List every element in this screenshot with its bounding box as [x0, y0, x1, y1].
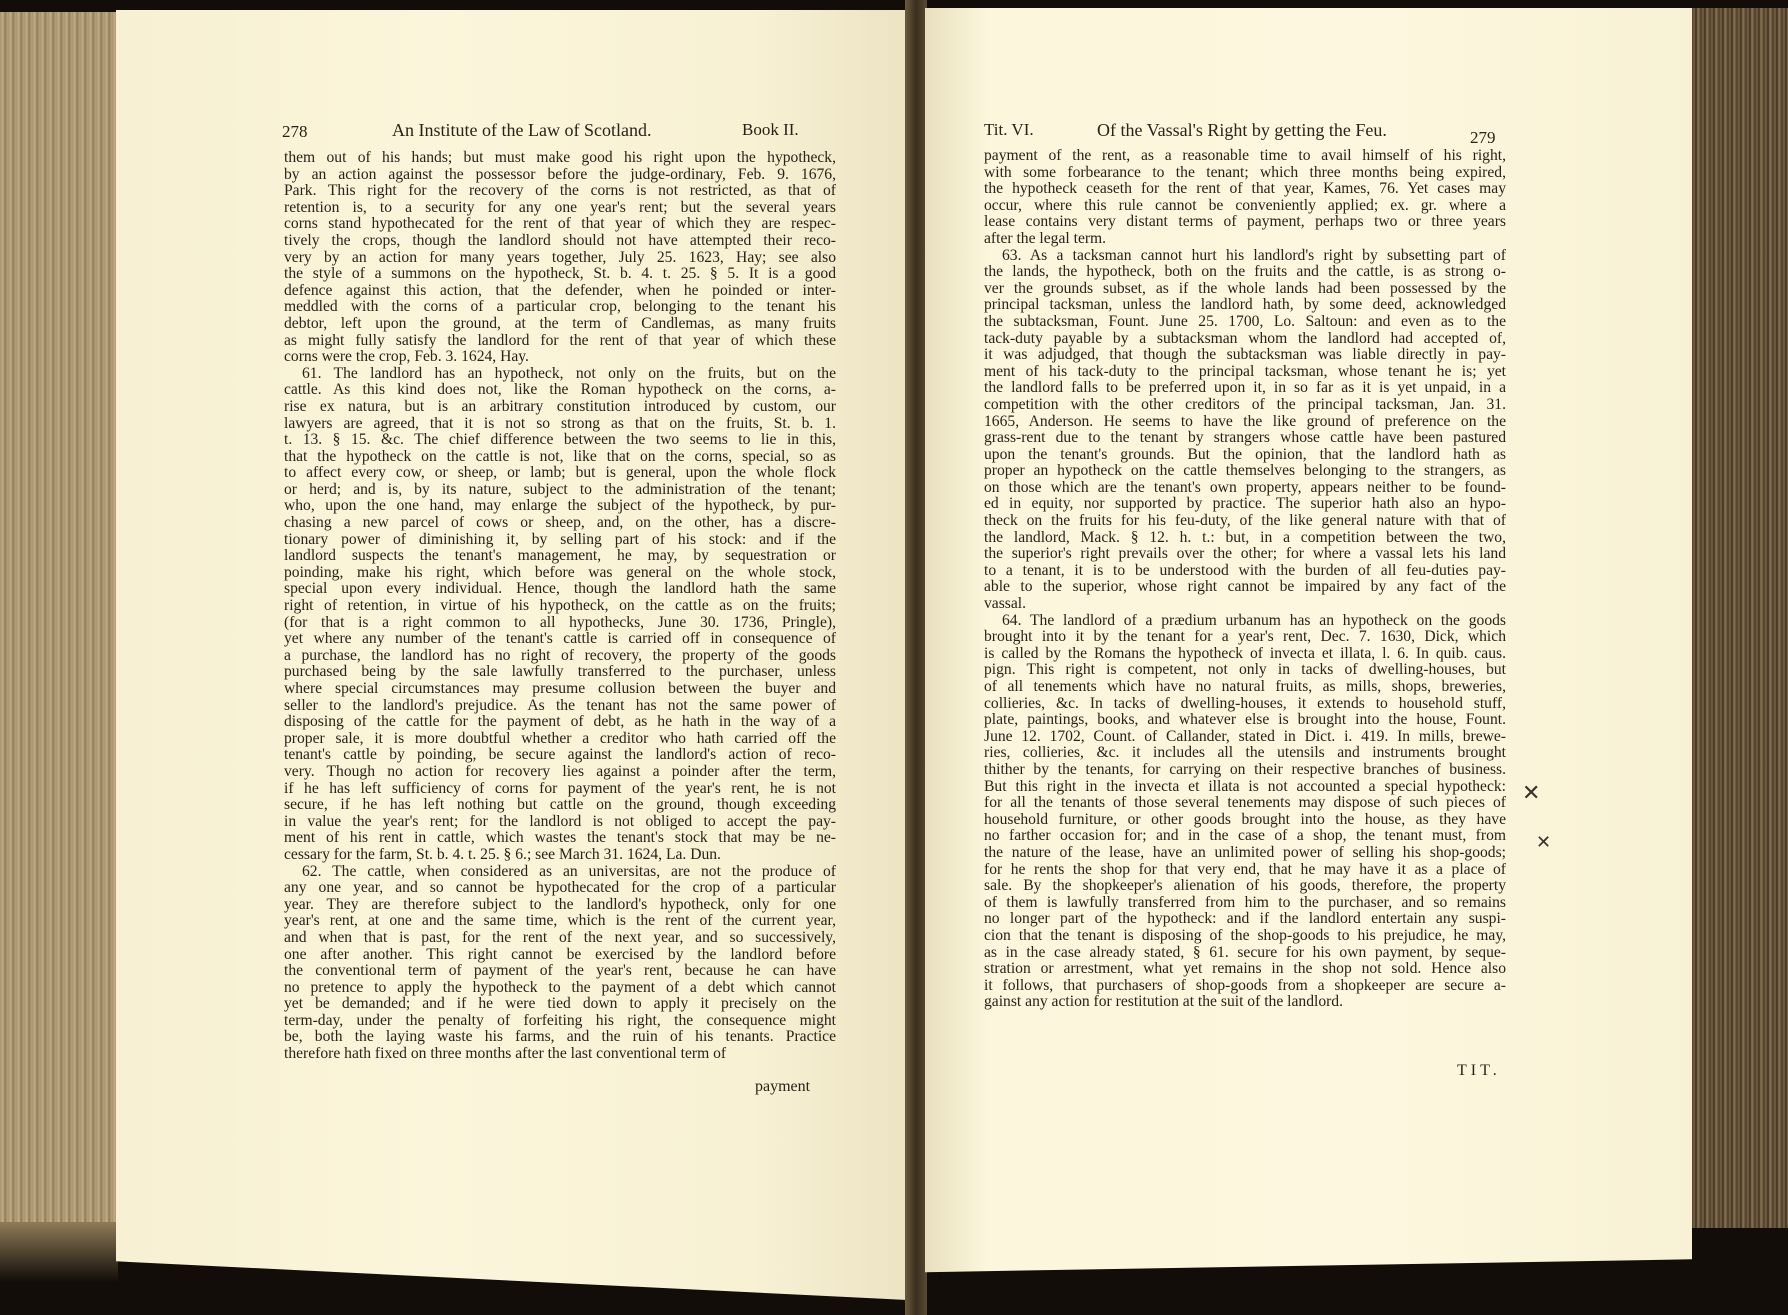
text-line: meddled with the corns of a particular c… — [284, 299, 836, 316]
text-line: after the legal term. — [984, 231, 1506, 248]
text-line: no farther occasion for; and in the case… — [984, 828, 1506, 845]
text-line: who, upon the one hand, may enlarge the … — [284, 498, 836, 515]
text-line: purchased being by the sale lawfully tra… — [284, 664, 836, 681]
right-page-edges — [1692, 8, 1788, 1228]
text-line: proper sale, it is more doubtful whether… — [284, 731, 836, 748]
text-line: very by an action for many years togethe… — [284, 250, 836, 267]
text-line: tively the crops, though the landlord sh… — [284, 233, 836, 250]
text-line: tenant's cattle by poinding, be secure a… — [284, 747, 836, 764]
text-line: corns were the crop, Feb. 3. 1624, Hay. — [284, 349, 836, 366]
left-catchword: payment — [755, 1078, 810, 1096]
text-line: special upon every individual. Hence, th… — [284, 581, 836, 598]
text-line: June 12. 1702, Count. of Callander, stat… — [984, 729, 1506, 746]
text-line: theck on the fruits for his feu-duty, of… — [984, 513, 1506, 530]
text-line: t. 13. § 15. &c. The chief difference be… — [284, 432, 836, 449]
text-line: therefore hath fixed on three months aft… — [284, 1046, 836, 1063]
text-line: any one year, and so cannot be hypotheca… — [284, 880, 836, 897]
text-line: defence against this action, that the de… — [284, 283, 836, 300]
text-line: no longer part of the hypotheck: and if … — [984, 911, 1506, 928]
text-line: in value the year's rent; for the landlo… — [284, 814, 836, 831]
right-title-label: Tit. VI. — [984, 120, 1034, 140]
text-line: as in the case already stated, § 61. sec… — [984, 945, 1506, 962]
text-line: the lands, the hypotheck, both on the fr… — [984, 264, 1506, 281]
text-line: of all tenements which have no natural f… — [984, 679, 1506, 696]
left-book-label: Book II. — [742, 120, 799, 140]
text-line: 63. As a tacksman cannot hurt his landlo… — [984, 248, 1506, 265]
text-line: sale. By the shopkeeper's alienation of … — [984, 878, 1506, 895]
text-line: to affect every cow, or sheep, or lamb; … — [284, 465, 836, 482]
text-line: it was adjudged, that though the subtack… — [984, 347, 1506, 364]
text-line: principal tacksman, unless the landlord … — [984, 297, 1506, 314]
text-line: term-day, under the penalty of forfeitin… — [284, 1013, 836, 1030]
text-line: chasing a new parcel of cows or sheep, a… — [284, 515, 836, 532]
text-line: where special circumstances may presume … — [284, 681, 836, 698]
text-line: the subtacksman, Fount. June 25. 1700, L… — [984, 314, 1506, 331]
text-line: the hypotheck ceaseth for the rent of th… — [984, 181, 1506, 198]
text-line: lease contains very distant terms of pay… — [984, 214, 1506, 231]
text-line: poinding, make his right, which before w… — [284, 565, 836, 582]
text-line: them out of his hands; but must make goo… — [284, 150, 836, 167]
text-line: yet where any number of the tenant's cat… — [284, 631, 836, 648]
text-line: for all the tenants of those several ten… — [984, 795, 1506, 812]
margin-cross-mark-icon: ✕ — [1536, 832, 1551, 853]
text-line: ries, collieries, &c. it includes all th… — [984, 745, 1506, 762]
text-line: thither by the tenants, for carrying on … — [984, 762, 1506, 779]
text-line: gainst any action for restitution at the… — [984, 994, 1506, 1011]
text-line: seller to the landlord's prejudice. As t… — [284, 698, 836, 715]
text-line: on those which are the tenant's own prop… — [984, 480, 1506, 497]
book-gutter — [905, 0, 927, 1315]
text-line: or herd; and is, by its nature, subject … — [284, 482, 836, 499]
text-line: the landlord falls to be preferred upon … — [984, 380, 1506, 397]
text-line: ment of his tack-duty to the principal t… — [984, 364, 1506, 381]
text-line: yet be demanded; and if he were tied dow… — [284, 996, 836, 1013]
text-line: Park. This right for the recovery of the… — [284, 183, 836, 200]
right-catchword: TIT. — [1457, 1062, 1501, 1080]
left-page-text: them out of his hands; but must make goo… — [284, 150, 836, 1063]
text-line: 64. The landlord of a prædium urbanum ha… — [984, 613, 1506, 630]
text-line: of them is lawfully transferred from him… — [984, 895, 1506, 912]
text-line: able to the superior, whose right cannot… — [984, 579, 1506, 596]
text-line: ment of his rent in cattle, which wastes… — [284, 830, 836, 847]
text-line: one after another. This right cannot be … — [284, 947, 836, 964]
text-line: lawyers are agreed, that it is not so st… — [284, 416, 836, 433]
text-line: for he rents the shop for that very end,… — [984, 862, 1506, 879]
text-line: 62. The cattle, when considered as an un… — [284, 864, 836, 881]
text-line: household furniture, or other goods brou… — [984, 812, 1506, 829]
text-line: pign. This right is competent, not only … — [984, 662, 1506, 679]
text-line: a purchase, the landlord has no right of… — [284, 648, 836, 665]
text-line: by an action against the possessor befor… — [284, 167, 836, 184]
text-line: proper an hypotheck on the cattle themse… — [984, 463, 1506, 480]
text-line: very. Though no action for recovery lies… — [284, 764, 836, 781]
text-line: cion that the tenant is disposing of the… — [984, 928, 1506, 945]
text-line: year. They are therefore subject to the … — [284, 897, 836, 914]
text-line: no pretence to apply the hypotheck to th… — [284, 980, 836, 997]
text-line: as might fully satisfy the landlord for … — [284, 333, 836, 350]
text-line: plate, paintings, books, and whatever el… — [984, 712, 1506, 729]
text-line: that the hypotheck on the cattle is not,… — [284, 449, 836, 466]
text-line: (for that is a right common to all hypot… — [284, 615, 836, 632]
text-line: retention is, to a security for any one … — [284, 200, 836, 217]
text-line: with some forbearance to the tenant; whi… — [984, 165, 1506, 182]
text-line: if he has left sufficiency of corns for … — [284, 781, 836, 798]
text-line: the superior's right prevails over the o… — [984, 546, 1506, 563]
text-line: grass-rent due to the tenant by stranger… — [984, 430, 1506, 447]
text-line: be, both the laying waste his farms, and… — [284, 1029, 836, 1046]
text-line: secure, if he has left nothing but cattl… — [284, 797, 836, 814]
text-line: brought into it by the tenant for a year… — [984, 629, 1506, 646]
text-line: the conventional term of payment of the … — [284, 963, 836, 980]
text-line: the landlord, Mack. § 12. h. t.: but, in… — [984, 530, 1506, 547]
text-line: collieries, &c. In tacks of dwelling-hou… — [984, 696, 1506, 713]
text-line: right of retention, in virtue of his hyp… — [284, 598, 836, 615]
text-line: and when that is past, for the rent of t… — [284, 930, 836, 947]
right-running-title: Of the Vassal's Right by getting the Feu… — [1097, 120, 1387, 141]
text-line: landlord suspects the tenant's managemen… — [284, 548, 836, 565]
right-page-number: 279 — [1470, 128, 1496, 148]
text-line: to a tenant, it is to be understood with… — [984, 563, 1506, 580]
text-line: stration or arrestment, what yet remains… — [984, 961, 1506, 978]
right-page-text: payment of the rent, as a reasonable tim… — [984, 148, 1506, 1011]
text-line: But this right in the invecta et illata … — [984, 779, 1506, 796]
text-line: disposing of the cattle for the payment … — [284, 714, 836, 731]
text-line: is called by the Romans the hypotheck of… — [984, 646, 1506, 663]
text-line: tionary power of diminishing it, by sell… — [284, 532, 836, 549]
text-line: year's rent, at one and the same time, w… — [284, 913, 836, 930]
text-line: competition with the other creditors of … — [984, 397, 1506, 414]
text-line: upon the tenant's grounds. But the opini… — [984, 447, 1506, 464]
text-line: debtor, left upon the ground, at the ter… — [284, 316, 836, 333]
text-line: 1665, Anderson. He seems to have the lik… — [984, 414, 1506, 431]
text-line: vassal. — [984, 596, 1506, 613]
text-line: rise ex natura, but is an arbitrary cons… — [284, 399, 836, 416]
left-page-number: 278 — [282, 122, 308, 142]
text-line: it follows, that purchasers of shop-good… — [984, 978, 1506, 995]
text-line: 61. The landlord has an hypotheck, not o… — [284, 366, 836, 383]
margin-cross-mark-icon: ✕ — [1522, 780, 1540, 806]
text-line: cessary for the farm, St. b. 4. t. 25. §… — [284, 847, 836, 864]
text-line: ver the grounds subset, as if the whole … — [984, 281, 1506, 298]
text-line: payment of the rent, as a reasonable tim… — [984, 148, 1506, 165]
text-line: the nature of the lease, have an unlimit… — [984, 845, 1506, 862]
text-line: cattle. As this kind does not, like the … — [284, 382, 836, 399]
text-line: occur, where this rule cannot be conveni… — [984, 198, 1506, 215]
text-line: the style of a summons on the hypotheck,… — [284, 266, 836, 283]
text-line: tack-duty payable by a subtacksman whom … — [984, 331, 1506, 348]
left-running-title: An Institute of the Law of Scotland. — [392, 120, 651, 141]
left-page-edges — [0, 12, 118, 1222]
text-line: ed in equity, nor supported by practice.… — [984, 496, 1506, 513]
text-line: corns stand hypothecated for the rent of… — [284, 216, 836, 233]
